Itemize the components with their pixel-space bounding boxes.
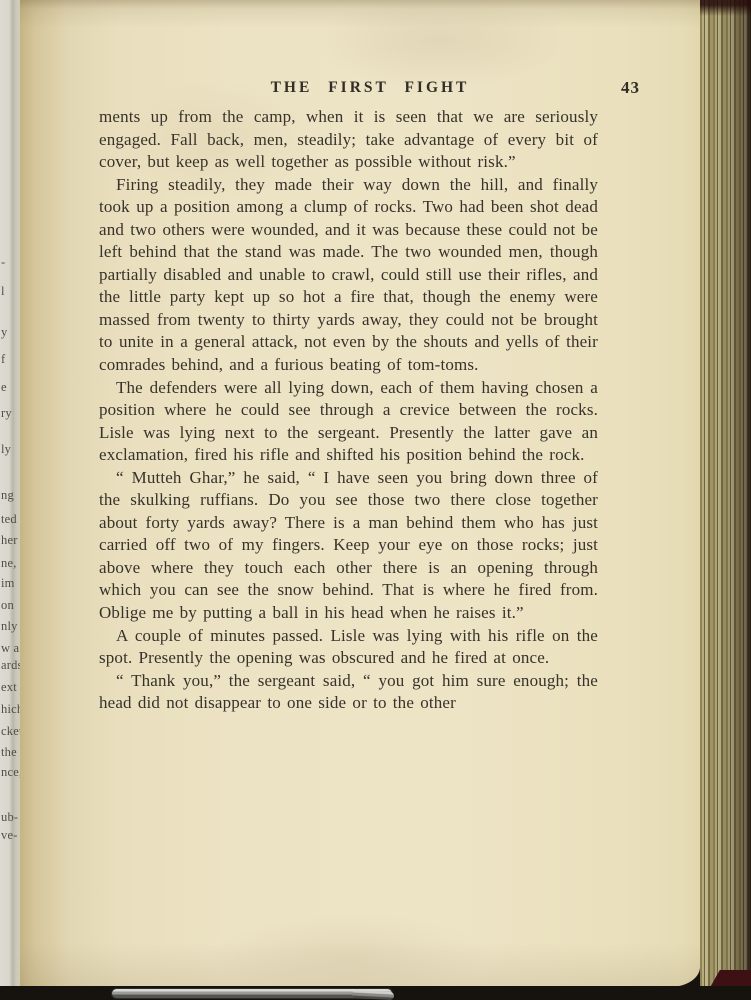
edge-text-fragment: nce, (1, 766, 21, 778)
edge-text-fragment: ry (1, 407, 21, 419)
edge-text-fragment: e (1, 381, 21, 393)
paragraph: The defenders were all lying down, each … (99, 377, 598, 467)
edge-text-fragment: cket (1, 725, 21, 737)
edge-text-fragment: ly (1, 443, 21, 455)
edge-text-fragment: ted (1, 513, 21, 525)
edge-text-fragment: nly (1, 620, 21, 632)
paragraph: “ Thank you,” the sergeant said, “ you g… (99, 670, 598, 715)
book-cradle-clamp (112, 989, 392, 998)
page-header: THE FIRST FIGHT 43 (100, 79, 640, 101)
edge-text-fragment: on (1, 599, 21, 611)
facing-page-edge: -lyferylyngtedherne,imonnlyw aardsexthic… (0, 0, 22, 987)
edge-text-fragment: her (1, 534, 21, 546)
paragraph: “ Mutteh Ghar,” he said, “ I have seen y… (99, 467, 598, 625)
paragraph: A couple of minutes passed. Lisle was ly… (99, 625, 598, 670)
edge-text-fragment: l (1, 285, 21, 297)
edge-text-fragment: the (1, 746, 21, 758)
edge-text-fragment: ve- (1, 829, 21, 841)
edge-text-fragment: im (1, 577, 21, 589)
paragraph: Firing steadily, they made their way dow… (99, 174, 598, 377)
edge-text-fragment: ng (1, 489, 21, 501)
book-scan: -lyferylyngtedherne,imonnlyw aardsexthic… (0, 0, 751, 1000)
paragraph: ments up from the camp, when it is seen … (99, 106, 598, 174)
edge-text-fragment: - (1, 256, 21, 268)
edge-text-fragment: ext (1, 681, 21, 693)
edge-text-fragment: f (1, 353, 21, 365)
fore-edge-pages (700, 0, 751, 1000)
running-header: THE FIRST FIGHT (100, 79, 640, 97)
page-number: 43 (621, 78, 640, 98)
edge-text-fragment: ards (1, 659, 21, 671)
edge-text-fragment: hich (1, 703, 21, 715)
page-text: ments up from the camp, when it is seen … (99, 106, 598, 715)
edge-text-fragment: y (1, 326, 21, 338)
edge-text-fragment: w a (1, 642, 21, 654)
edge-text-fragment: ne, (1, 557, 21, 569)
book-page: THE FIRST FIGHT 43 ments up from the cam… (20, 0, 700, 987)
edge-text-fragment: ub- (1, 811, 21, 823)
